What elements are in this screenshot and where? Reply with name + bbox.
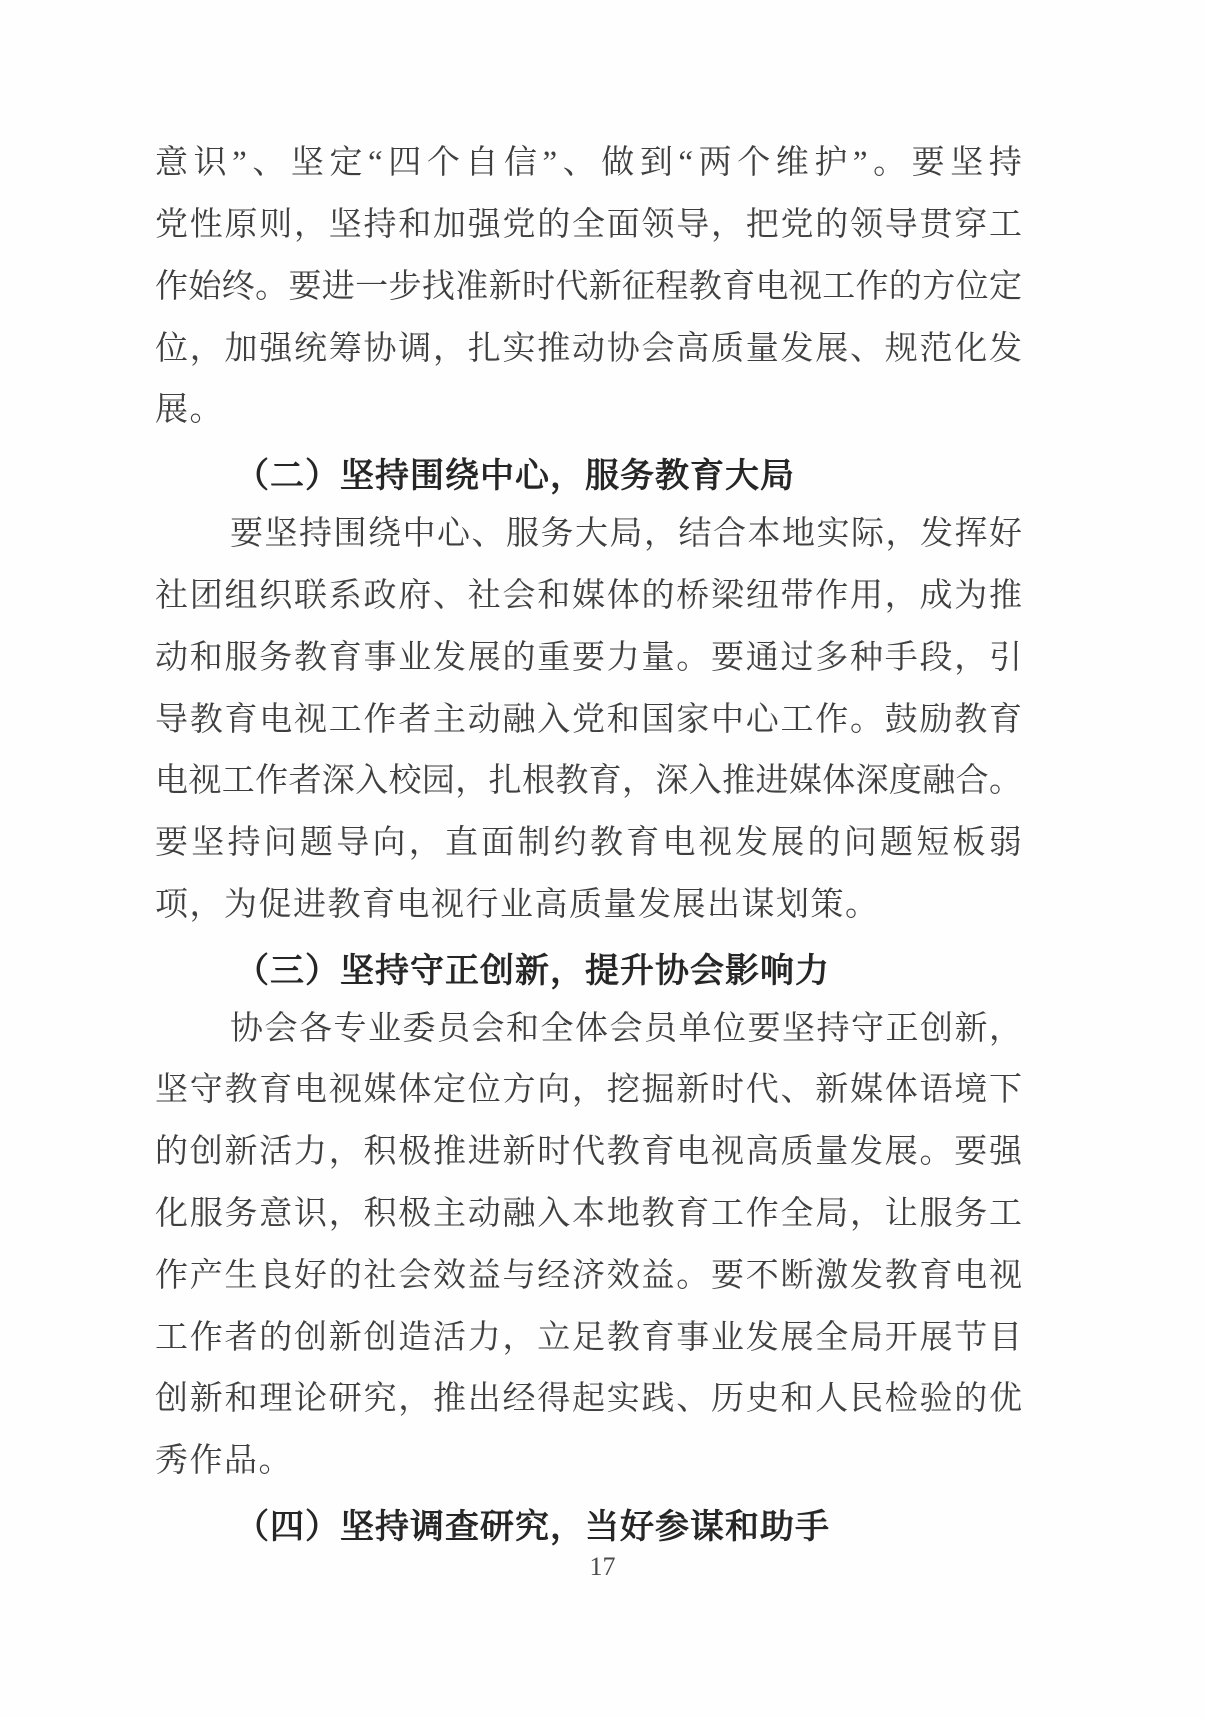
- text-line: 导教育电视工作者主动融入党和国家中心工作。鼓励教育: [155, 689, 1022, 751]
- text-line: 意识”、坚定“四个自信”、做到“两个维护”。要坚持: [155, 133, 1022, 195]
- text-line: 要坚持围绕中心、服务大局，结合本地实际，发挥好: [155, 504, 1022, 566]
- section-heading-2: （二）坚持围绕中心，服务教育大局: [155, 442, 1022, 504]
- text-line: 社团组织联系政府、社会和媒体的桥梁纽带作用，成为推: [155, 566, 1022, 628]
- text-line: 的创新活力，积极推进新时代教育电视高质量发展。要强: [155, 1122, 1022, 1184]
- text-line: 位，加强统筹协调，扎实推动协会高质量发展、规范化发: [155, 318, 1022, 380]
- text-line: 作始终。要进一步找准新时代新征程教育电视工作的方位定: [155, 257, 1022, 319]
- section-heading-3: （三）坚持守正创新，提升协会影响力: [155, 936, 1022, 998]
- text-line: 协会各专业委员会和全体会员单位要坚持守正创新，: [155, 998, 1022, 1060]
- text-line: 化服务意识，积极主动融入本地教育工作全局，让服务工: [155, 1184, 1022, 1246]
- text-line: 党性原则，坚持和加强党的全面领导，把党的领导贯穿工: [155, 195, 1022, 257]
- text-line: 坚守教育电视媒体定位方向，挖掘新时代、新媒体语境下: [155, 1060, 1022, 1122]
- paragraph-section-3: 协会各专业委员会和全体会员单位要坚持守正创新， 坚守教育电视媒体定位方向，挖掘新…: [155, 998, 1022, 1492]
- text-line: 创新和理论研究，推出经得起实践、历史和人民检验的优: [155, 1369, 1022, 1431]
- text-line: 要坚持问题导向，直面制约教育电视发展的问题短板弱: [155, 813, 1022, 875]
- page-number: 17: [0, 1545, 1205, 1589]
- text-line: 展。: [155, 380, 1022, 442]
- document-body: 意识”、坚定“四个自信”、做到“两个维护”。要坚持 党性原则，坚持和加强党的全面…: [155, 133, 1022, 1554]
- text-line: 工作者的创新创造活力，立足教育事业发展全局开展节目: [155, 1307, 1022, 1369]
- text-line: 项，为促进教育电视行业高质量发展出谋划策。: [155, 875, 1022, 937]
- paragraph-continuation: 意识”、坚定“四个自信”、做到“两个维护”。要坚持 党性原则，坚持和加强党的全面…: [155, 133, 1022, 442]
- document-page: 意识”、坚定“四个自信”、做到“两个维护”。要坚持 党性原则，坚持和加强党的全面…: [0, 0, 1205, 1718]
- text-line: 秀作品。: [155, 1431, 1022, 1493]
- text-line: 动和服务教育事业发展的重要力量。要通过多种手段，引: [155, 627, 1022, 689]
- paragraph-section-2: 要坚持围绕中心、服务大局，结合本地实际，发挥好 社团组织联系政府、社会和媒体的桥…: [155, 504, 1022, 937]
- text-line: 电视工作者深入校园，扎根教育，深入推进媒体深度融合。: [155, 751, 1022, 813]
- text-line: 作产生良好的社会效益与经济效益。要不断激发教育电视: [155, 1245, 1022, 1307]
